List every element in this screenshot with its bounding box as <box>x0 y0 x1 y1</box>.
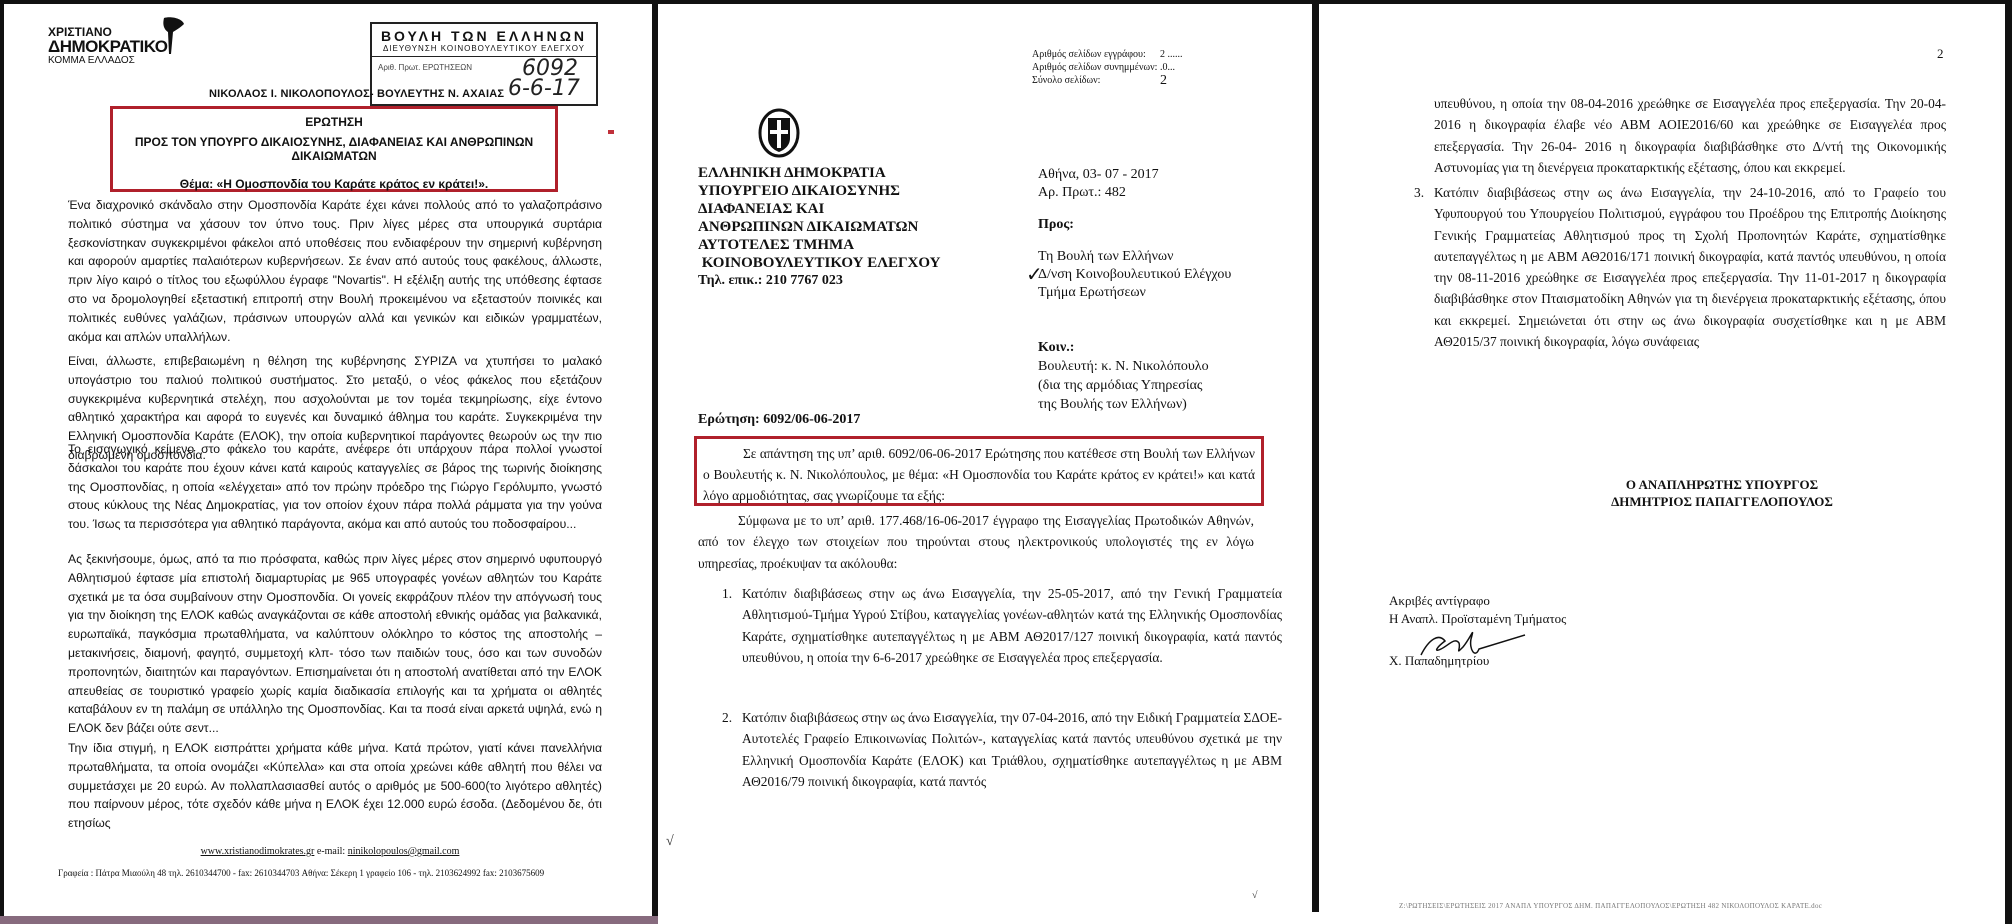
list-item: 3. Κατόπιν διαβιβάσεως στην ως άνω Εισαγ… <box>1434 182 1946 352</box>
ministry-header: ΕΛΛΗΝΙΚΗ ΔΗΜΟΚΡΑΤΙΑ ΥΠΟΥΡΓΕΙΟ ΔΙΚΑΙΟΣΥΝΗ… <box>698 164 940 290</box>
email-link[interactable]: ninikolopoulos@gmail.com <box>348 846 460 857</box>
paragraph-1: Ένα διαχρονικό σκάνδαλο στην Ομοσπονδία … <box>68 196 602 346</box>
answer-paragraph: Σύμφωνα με το υπ’ αριθ. 177.468/16-06-20… <box>698 510 1254 574</box>
page-border <box>2005 0 2012 924</box>
meta-row: Σύνολο σελίδων:2 <box>1032 74 1183 87</box>
cc-line: (δια της αρμόδιας Υπηρεσίας <box>1038 376 1209 395</box>
meta-value: 2 ...... <box>1160 48 1183 61</box>
signatory-block: Ο ΑΝΑΠΛΗΡΩΤΗΣ ΥΠΟΥΡΓΟΣ ΔΗΜΗΤΡΙΟΣ ΠΑΠΑΓΓΕ… <box>1319 476 2005 510</box>
logo-line-3: ΚΟΜΜΑ ΕΛΛΑΔΟΣ <box>48 55 168 66</box>
footer-offices: Γραφεία : Πάτρα Μιαούλη 48 τηλ. 26103447… <box>58 868 544 878</box>
cc-line: της Βουλής των Ελλήνων) <box>1038 395 1209 414</box>
handwritten-tick-icon: √ <box>666 834 674 850</box>
file-path-footer: Ζ:\ΡΩΤΗΣΕΙΣ\ΕΡΩΤΗΣΕΙΣ 2017 ΑΝΑΠΛ ΥΠΟΥΡΓΟ… <box>1399 902 1822 910</box>
page-1-question-document: ΧΡΙΣΤΙΑΝΟ ΔΗΜΟΚΡΑΤΙΚΟ ΚΟΜΜΑ ΕΛΛΑΔΟΣ ΒΟΥΛ… <box>0 0 652 916</box>
page-count-block: Αριθμός σελίδων εγγράφου:2 ...... Αριθμό… <box>1032 48 1183 87</box>
telephone: Τηλ. επικ.: 210 7767 023 <box>698 272 940 290</box>
list-item: 1. Κατόπιν διαβιβάσεως στην ως άνω Εισαγ… <box>742 583 1282 668</box>
signatory-name: ΔΗΜΗΤΡΙΟΣ ΠΑΠΑΓΓΕΛΟΠΟΥΛΟΣ <box>1439 493 2005 510</box>
org-line: ΚΟΙΝΟΒΟΥΛΕΥΤΙΚΟΥ ΕΛΕΓΧΟΥ <box>698 254 940 272</box>
page-divider <box>1312 0 1319 912</box>
org-line: ΑΥΤΟΤΕΛΕΣ ΤΜΗΜΑ <box>698 236 940 254</box>
footer-contacts: www.xristianodimokrates.gr e-mail: ninik… <box>4 846 652 857</box>
org-line: ΑΝΘΡΩΠΙΝΩΝ ΔΙΚΑΙΩΜΑΤΩΝ <box>698 218 940 236</box>
item-text: Κατόπιν διαβιβάσεως στην ως άνω Εισαγγελ… <box>1434 182 1946 352</box>
document-date: Αθήνα, 03- 07 - 2017 <box>1038 166 1159 184</box>
answer-intro-box: Σε απάντηση της υπ’ αριθ. 6092/06-06-201… <box>694 436 1264 506</box>
cc-label: Κοιν.: <box>1038 340 1074 355</box>
question-title: ΕΡΩΤΗΣΗ <box>113 115 555 129</box>
party-logo: ΧΡΙΣΤΙΑΝΟ ΔΗΜΟΚΡΑΤΙΚΟ ΚΟΜΜΑ ΕΛΛΑΔΟΣ <box>48 26 168 66</box>
handwritten-tick-icon: √ <box>1252 890 1258 901</box>
org-line: ΥΠΟΥΡΓΕΙΟ ΔΙΚΑΙΟΣΥΝΗΣ <box>698 182 940 200</box>
question-recipient: ΠΡΟΣ ΤΟΝ ΥΠΟΥΡΓΟ ΔΙΚΑΙΟΣΥΝΗΣ, ΔΙΑΦΑΝΕΙΑΣ… <box>113 135 555 163</box>
email-label: e-mail: <box>317 846 345 857</box>
page-3-answer-continued: 2 υπευθύνου, η οποία την 08-04-2016 χρεώ… <box>1319 0 2005 924</box>
cc-line: Βουλευτή: κ. Ν. Νικολόπουλο <box>1038 357 1209 376</box>
red-mark <box>608 130 614 134</box>
item-text: Κατόπιν διαβιβάσεως στην ως άνω Εισαγγελ… <box>742 583 1282 668</box>
meta-label: Σύνολο σελίδων: <box>1032 74 1160 87</box>
item-text: Κατόπιν διαβιβάσεως στην ως άνω Εισαγγελ… <box>742 707 1282 792</box>
stamp-date: 6-6-17 <box>508 76 580 101</box>
checkmark-icon: ✓ <box>1026 262 1043 287</box>
cc-block: Κοιν.: Βουλευτή: κ. Ν. Νικολόπουλο (δια … <box>1038 338 1209 414</box>
website-link[interactable]: www.xristianodimokrates.gr <box>201 846 315 857</box>
bottom-strip <box>0 916 660 924</box>
stamp-title: ΒΟΥΛΗ ΤΩΝ ΕΛΛΗΝΩΝ <box>372 28 596 44</box>
logo-line-2: ΔΗΜΟΚΡΑΤΙΚΟ <box>48 38 168 55</box>
meta-label: Αριθμός σελίδων εγγράφου: <box>1032 48 1160 61</box>
question-subject: Θέμα: «Η Ομοσπονδία του Καράτε κράτος εν… <box>113 177 555 191</box>
signatory-title: Ο ΑΝΑΠΛΗΡΩΤΗΣ ΥΠΟΥΡΓΟΣ <box>1439 476 2005 493</box>
mp-line: ΝΙΚΟΛΑΟΣ Ι. ΝΙΚΟΛΟΠΟΥΛΟΣ- ΒΟΥΛΕΥΤΗΣ Ν. Α… <box>209 88 504 100</box>
page-number: 2 <box>1937 46 1944 62</box>
org-line: ΕΛΛΗΝΙΚΗ ΔΗΜΟΚΡΑΤΙΑ <box>698 164 940 182</box>
protocol-number: Αρ. Πρωτ.: 482 <box>1038 184 1159 202</box>
to-label: Προς: <box>1038 216 1231 234</box>
item-number: 1. <box>722 583 732 604</box>
question-reference: Ερώτηση: 6092/06-06-2017 <box>698 412 860 428</box>
item-number: 2. <box>722 707 732 728</box>
meta-value: 2 <box>1160 74 1167 87</box>
paragraph-3: Το εισαγωγικό κείμενο στο φάκελο του καρ… <box>68 440 602 534</box>
signature-icon <box>1415 619 1535 667</box>
copy-label: Ακριβές αντίγραφο <box>1389 592 1566 610</box>
org-line: ΔΙΑΦΑΝΕΙΑΣ ΚΑΙ <box>698 200 940 218</box>
paragraph-4: Ας ξεκινήσουμε, όμως, από τα πιο πρόσφατ… <box>68 550 602 738</box>
continuation-paragraph: υπευθύνου, η οποία την 08-04-2016 χρεώθη… <box>1434 93 1946 178</box>
page-2-answer-document: Αριθμός σελίδων εγγράφου:2 ...... Αριθμό… <box>658 0 1312 924</box>
recipient-line: Τη Βουλή των Ελλήνων <box>1038 248 1231 266</box>
item-number: 3. <box>1414 182 1424 203</box>
torch-icon <box>160 16 186 56</box>
meta-label: Αριθμός σελίδων συνημμένων: <box>1032 61 1160 74</box>
list-item: 2. Κατόπιν διαβιβάσεως στην ως άνω Εισαγ… <box>742 707 1282 792</box>
recipient-line: Τμήμα Ερωτήσεων <box>1038 284 1231 302</box>
greek-emblem-icon <box>758 108 800 158</box>
recipient-line: Δ/νση Κοινοβουλευτικού Ελέγχου <box>1038 266 1231 284</box>
paragraph-5: Την ίδια στιγμή, η ΕΛΟΚ εισπράττει χρήμα… <box>68 739 602 833</box>
recipient-block: Προς: Τη Βουλή των Ελλήνων Δ/νση Κοινοβο… <box>1038 216 1231 302</box>
date-block: Αθήνα, 03- 07 - 2017 Αρ. Πρωτ.: 482 <box>1038 166 1159 202</box>
question-header-box: ΕΡΩΤΗΣΗ ΠΡΟΣ ΤΟΝ ΥΠΟΥΡΓΟ ΔΙΚΑΙΟΣΥΝΗΣ, ΔΙ… <box>110 106 558 192</box>
meta-row: Αριθμός σελίδων εγγράφου:2 ...... <box>1032 48 1183 61</box>
